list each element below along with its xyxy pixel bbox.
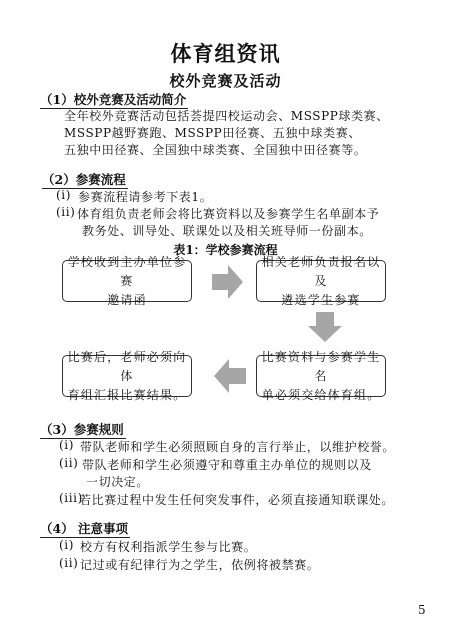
- flow-step-2-line-2: 遴选学生参赛: [257, 291, 385, 310]
- section-2-item-1-text: 参赛流程请参考下表1。: [78, 188, 212, 205]
- section-1-line-3: 五独中田径赛、全国独中球类赛、全国独中田径赛等。: [64, 141, 366, 158]
- arrow-down-icon: [308, 312, 342, 342]
- flow-step-2-line-1: 相关老师负责报名以及: [257, 253, 385, 291]
- section-2-item-1-marker: (i): [56, 188, 71, 202]
- flow-step-3-line-1: 比赛资料与参赛学生名: [257, 348, 385, 386]
- section-1-line-1: 全年校外竞赛活动包括荟提四校运动会、MSSPP球类赛、: [64, 107, 389, 124]
- page-title: 体育组资讯: [0, 38, 451, 68]
- section-2-item-2-text: 体育组负责老师会将比赛资料以及参赛学生名单副本予: [77, 205, 379, 222]
- section-1-line-2: MSSPP越野赛跑、MSSPP田径赛、五独中球类赛、: [64, 124, 361, 141]
- section-4-item-2-text: 记过或有纪律行为之学生，依例将被禁赛。: [80, 556, 319, 573]
- section-3-item-2-cont: 一切决定。: [86, 473, 149, 490]
- page-subtitle: 校外竞赛及活动: [0, 70, 451, 91]
- flow-step-3: 比赛资料与参赛学生名 单必须交给体育组。: [256, 355, 386, 397]
- section-3-item-2-marker: (ii): [59, 456, 78, 470]
- section-3-item-1-text: 带队老师和学生必须照顾自身的言行举止，以维护校誉。: [80, 438, 395, 455]
- flow-step-1: 学校收到主办单位参赛 邀请函: [62, 260, 192, 302]
- section-4-item-2-marker: (ii): [59, 556, 78, 570]
- arrow-right-icon: [212, 265, 244, 299]
- section-3-heading: （3）参赛规则: [40, 420, 126, 439]
- flow-step-4-line-1: 比赛后，老师必须向体: [63, 348, 191, 386]
- flow-step-4: 比赛后，老师必须向体 育组汇报比赛结果。: [62, 355, 192, 397]
- arrow-left-icon: [214, 359, 246, 393]
- section-4-item-1-marker: (i): [59, 538, 74, 552]
- section-3-item-3-text: 若比赛过程中发生任何突发事件，必须直接通知联课处。: [79, 491, 394, 508]
- flow-step-2: 相关老师负责报名以及 遴选学生参赛: [256, 260, 386, 302]
- section-2-item-2-cont: 教务处、训导处、联课处以及相关班导师一份副本。: [82, 222, 372, 239]
- flow-step-1-line-1: 学校收到主办单位参赛: [63, 253, 191, 291]
- section-3-item-1-marker: (i): [59, 438, 74, 452]
- section-2-heading: （2）参赛流程: [42, 170, 128, 189]
- section-2-item-2-marker: (ii): [56, 205, 75, 219]
- flow-step-1-line-2: 邀请函: [63, 291, 191, 310]
- section-3-item-2-text: 带队老师和学生必须遵守和尊重主办单位的规则以及: [82, 456, 372, 473]
- page-number: 5: [418, 603, 426, 617]
- flow-step-3-line-2: 单必须交给体育组。: [257, 386, 385, 405]
- section-4-heading: （4） 注意事项: [40, 519, 130, 538]
- flow-step-4-line-2: 育组汇报比赛结果。: [63, 386, 191, 405]
- section-4-item-1-text: 校方有权利指派学生参与比赛。: [80, 538, 256, 555]
